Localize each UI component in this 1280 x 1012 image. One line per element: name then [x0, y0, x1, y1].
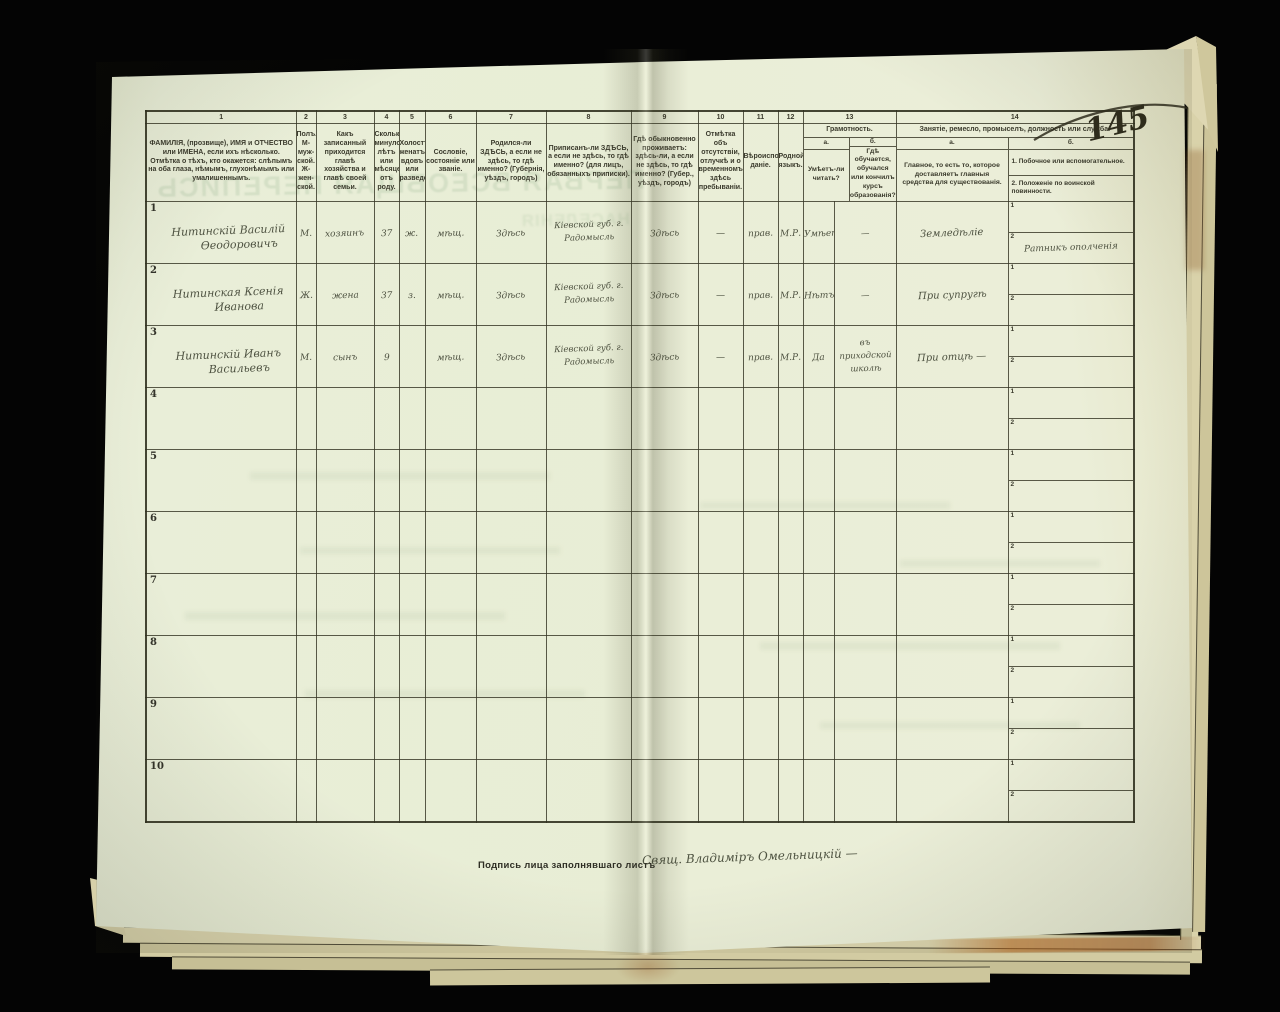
- handwriting-language: М.Р.: [780, 291, 801, 302]
- cell-age: [374, 573, 399, 635]
- person-row: 812: [146, 635, 1134, 697]
- cell-sex: [296, 573, 316, 635]
- rust-stain: [928, 937, 1206, 954]
- cell-absence: —: [698, 263, 743, 325]
- cell-school: [834, 449, 896, 511]
- cell-born: [476, 449, 546, 511]
- cell-born: [476, 573, 546, 635]
- header-language: Родной языкъ.: [778, 123, 803, 201]
- handwriting-occupation: При отцѣ —: [917, 351, 987, 364]
- occupation-a-letter: а.: [897, 138, 1008, 150]
- handwriting-age: 37: [381, 291, 393, 301]
- cell-marital: [399, 573, 425, 635]
- cell-age: [374, 449, 399, 511]
- cell-name: 8: [146, 635, 296, 697]
- side-occupation-sub-cell: 2: [1009, 480, 1134, 511]
- cell-absence: —: [698, 201, 743, 263]
- handwriting-occupation: При супругѣ: [918, 289, 987, 302]
- handwriting-sex: Ж.: [299, 291, 312, 301]
- cell-estate: мѣщ.: [425, 263, 476, 325]
- cell-reads: [803, 449, 834, 511]
- cell-occupation: [896, 573, 1008, 635]
- cell-religion: [743, 449, 778, 511]
- cell-estate: [425, 697, 476, 759]
- cell-side-occupation: 12Ратникъ ополченія: [1008, 201, 1134, 263]
- cell-religion: прав.: [743, 201, 778, 263]
- row-number: 9: [150, 699, 157, 710]
- cell-religion: [743, 697, 778, 759]
- cell-occupation: При супругѣ: [896, 263, 1008, 325]
- cell-name: 3Нитинскій ИванъВасильевъ: [146, 325, 296, 387]
- cell-relation: [316, 635, 374, 697]
- side-occupation-sub-cell: 2: [1009, 666, 1134, 697]
- sub-row-label: 1: [1011, 574, 1015, 581]
- cell-marital: [399, 759, 425, 822]
- cell-occupation: При отцѣ —: [896, 325, 1008, 387]
- cell-occupation: Земледѣліе: [896, 201, 1008, 263]
- person-row: 2Нитинская КсеніяИвановаЖ.жена37з.мѣщ.Зд…: [146, 263, 1134, 325]
- sub-row-label: 1: [1011, 636, 1015, 643]
- cell-absence: —: [698, 325, 743, 387]
- cell-registered: Кіевской губ. г. Радомысль: [546, 201, 631, 263]
- sub-row-label: 2: [1011, 667, 1015, 674]
- cell-reads: [803, 387, 834, 449]
- sub-row-label: 2: [1011, 481, 1015, 488]
- cell-relation: хозяинъ: [316, 201, 374, 263]
- cell-school: —: [834, 201, 896, 263]
- col-number: 2: [296, 111, 316, 123]
- row-number: 10: [150, 761, 164, 772]
- handwriting-born: Здѣсь: [496, 290, 526, 301]
- cell-marital: [399, 511, 425, 573]
- cell-registered: [546, 449, 631, 511]
- cell-registered: [546, 387, 631, 449]
- handwriting-resides: Здѣсь: [650, 290, 680, 301]
- cell-resides: [631, 635, 698, 697]
- cell-resides: [631, 759, 698, 822]
- cell-marital: [399, 635, 425, 697]
- cell-school: [834, 387, 896, 449]
- cell-marital: [399, 325, 425, 387]
- header-literacy-group: Грамотность. а. Умѣетъ-ли читать? б. Гдѣ…: [803, 123, 896, 201]
- cell-occupation: [896, 635, 1008, 697]
- cell-born: [476, 635, 546, 697]
- cell-relation: [316, 573, 374, 635]
- cell-age: [374, 387, 399, 449]
- col-number: 10: [698, 111, 743, 123]
- sub-row-label: 1: [1011, 388, 1015, 395]
- row-number: 7: [150, 575, 157, 586]
- side-occupation-sub-cell: 1: [1009, 388, 1134, 418]
- literacy-title: Грамотность.: [804, 124, 896, 138]
- header-sex: Полъ. М-муж-ской. Ж-жен-ской.: [296, 123, 316, 201]
- cell-absence: [698, 511, 743, 573]
- handwriting-absence: —: [716, 291, 725, 301]
- sub-row-label: 1: [1011, 512, 1015, 519]
- cell-language: М.Р.: [778, 263, 803, 325]
- person-row: 412: [146, 387, 1134, 449]
- handwriting-age: 9: [383, 353, 389, 363]
- sub-row-label: 2: [1011, 543, 1015, 550]
- handwriting-occupation: Земледѣліе: [920, 227, 984, 240]
- handwriting-resides: Здѣсь: [650, 228, 680, 239]
- person-row: 1012: [146, 759, 1134, 822]
- cell-religion: [743, 635, 778, 697]
- handwriting-reads: Да: [812, 353, 825, 363]
- census-table: 1 2 3 4 5 6 7 8 9 10 11 12 13 14 ФАМИЛІЯ…: [145, 110, 1135, 823]
- cell-school: [834, 759, 896, 822]
- cell-side-occupation: 12: [1008, 325, 1134, 387]
- cell-language: [778, 635, 803, 697]
- cell-age: [374, 511, 399, 573]
- cell-name: 2Нитинская КсеніяИванова: [146, 263, 296, 325]
- handwriting-sex: М.: [300, 229, 312, 239]
- cell-sex: М.: [296, 201, 316, 263]
- column-numbers-row: 1 2 3 4 5 6 7 8 9 10 11 12 13 14: [146, 111, 1134, 123]
- cell-registered: [546, 511, 631, 573]
- cell-born: [476, 697, 546, 759]
- cell-name: 9: [146, 697, 296, 759]
- handwriting-born: Здѣсь: [496, 228, 526, 239]
- handwriting-school: —: [861, 290, 870, 303]
- cell-relation: жена: [316, 263, 374, 325]
- literacy-b-letter: б.: [850, 138, 896, 147]
- cell-school: —: [834, 263, 896, 325]
- handwriting-registered: Кіевской губ. г. Радомысль: [546, 342, 631, 370]
- sub-row-label: 1: [1011, 760, 1015, 767]
- cell-side-occupation: 12: [1008, 759, 1134, 822]
- edge-stain: [1186, 150, 1204, 270]
- cell-reads: Да: [803, 325, 834, 387]
- cell-resides: [631, 511, 698, 573]
- cell-reads: [803, 573, 834, 635]
- fold-stain: [616, 950, 680, 984]
- header-age: Сколько минуло лѣтъ или мѣсяцевъ отъ род…: [374, 123, 399, 201]
- literacy-a-letter: а.: [804, 138, 850, 150]
- handwriting-age: 37: [381, 229, 393, 239]
- handwriting-sex: М.: [300, 353, 312, 363]
- person-row: 1Нитинскій ВасилійѲеодоровичъМ.хозяинъ37…: [146, 201, 1134, 263]
- cell-absence: [698, 697, 743, 759]
- handwriting-religion: прав.: [748, 229, 773, 240]
- col-number: 5: [399, 111, 425, 123]
- cell-language: [778, 759, 803, 822]
- cell-religion: [743, 573, 778, 635]
- cell-age: [374, 635, 399, 697]
- cell-marital: [399, 449, 425, 511]
- cell-occupation: [896, 387, 1008, 449]
- census-table-body: 1Нитинскій ВасилійѲеодоровичъМ.хозяинъ37…: [146, 201, 1134, 822]
- cell-name: 7: [146, 573, 296, 635]
- side-occupation-sub-cell: 1: [1009, 636, 1134, 666]
- cell-language: М.Р.: [778, 325, 803, 387]
- handwriting-estate: мѣщ.: [437, 229, 465, 240]
- cell-marital: ж.: [399, 201, 425, 263]
- handwriting-language: М.Р.: [780, 229, 801, 240]
- cell-school: [834, 511, 896, 573]
- cell-marital: [399, 387, 425, 449]
- cell-registered: [546, 759, 631, 822]
- cell-estate: [425, 387, 476, 449]
- handwriting-patronymic: Ѳеодоровичъ: [183, 236, 296, 253]
- cell-sex: [296, 387, 316, 449]
- cell-sex: [296, 511, 316, 573]
- handwriting-absence: —: [716, 353, 725, 363]
- cell-reads: Нѣтъ: [803, 263, 834, 325]
- sub-row-label: 2: [1011, 419, 1015, 426]
- cell-resides: [631, 387, 698, 449]
- handwriting-reads: Умѣетъ: [803, 228, 834, 239]
- cell-absence: [698, 449, 743, 511]
- cell-language: [778, 449, 803, 511]
- cell-relation: [316, 697, 374, 759]
- cell-name: 1Нитинскій ВасилійѲеодоровичъ: [146, 201, 296, 263]
- cell-estate: мѣщ.: [425, 325, 476, 387]
- header-occupation-main: Главное, то есть то, которое доставляетъ…: [897, 150, 1008, 201]
- cell-marital: з.: [399, 263, 425, 325]
- side-occupation-sub-cell: 2Ратникъ ополченія: [1009, 232, 1134, 263]
- sub-row-label: 2: [1011, 605, 1015, 612]
- handwriting-patronymic: Иванова: [183, 298, 296, 315]
- cell-relation: [316, 759, 374, 822]
- side-occupation-sub-cell: 2: [1009, 418, 1134, 449]
- col-number: 3: [316, 111, 374, 123]
- cell-age: [374, 759, 399, 822]
- sub-row-label: 1: [1011, 202, 1015, 209]
- header-marital: Холостъ, женатъ, вдовъ или разведенъ.: [399, 123, 425, 201]
- col-number: 4: [374, 111, 399, 123]
- cell-resides: Здѣсь: [631, 201, 698, 263]
- cell-estate: [425, 511, 476, 573]
- person-row: 512: [146, 449, 1134, 511]
- header-can-read: Умѣетъ-ли читать?: [804, 150, 850, 201]
- handwriting-relation: сынъ: [333, 353, 358, 364]
- cell-occupation: [896, 511, 1008, 573]
- cell-estate: [425, 759, 476, 822]
- cell-sex: Ж.: [296, 263, 316, 325]
- cell-name: 10: [146, 759, 296, 822]
- cell-registered: [546, 697, 631, 759]
- sub-row-label: 2: [1011, 791, 1015, 798]
- header-estate: Сословіе, состояніе или званіе.: [425, 123, 476, 201]
- side-occupation-sub-cell: 2: [1009, 604, 1134, 635]
- side-occupation-sub-cell: 1: [1009, 326, 1134, 356]
- cell-side-occupation: 12: [1008, 263, 1134, 325]
- person-row: 3Нитинскій ИванъВасильевъМ.сынъ9мѣщ.Здѣс…: [146, 325, 1134, 387]
- col-number: 6: [425, 111, 476, 123]
- side-occupation-sub-cell: 1: [1009, 202, 1134, 232]
- cell-occupation: [896, 449, 1008, 511]
- col-number: 12: [778, 111, 803, 123]
- cell-sex: [296, 449, 316, 511]
- column-headers-row: ФАМИЛІЯ, (прозвище), ИМЯ и ОТЧЕСТВО или …: [146, 123, 1134, 201]
- cell-registered: Кіевской губ. г. Радомысль: [546, 263, 631, 325]
- handwriting-relation: хозяинъ: [325, 228, 364, 239]
- handwriting-registered: Кіевской губ. г. Радомысль: [546, 218, 631, 246]
- cell-language: [778, 573, 803, 635]
- cell-occupation: [896, 697, 1008, 759]
- cell-resides: [631, 573, 698, 635]
- handwriting-resides: Здѣсь: [650, 352, 680, 363]
- cell-religion: [743, 759, 778, 822]
- side-occupation-sub-cell: 1: [1009, 698, 1134, 728]
- cell-name: 5: [146, 449, 296, 511]
- cell-side-occupation: 12: [1008, 387, 1134, 449]
- handwriting-patronymic: Васильевъ: [183, 360, 296, 377]
- cell-estate: [425, 449, 476, 511]
- handwriting-religion: прав.: [748, 353, 773, 364]
- cell-religion: [743, 511, 778, 573]
- side-occupation-sub-cell: 1: [1009, 450, 1134, 480]
- sub-row-label: 1: [1011, 264, 1015, 271]
- cell-relation: [316, 511, 374, 573]
- header-residence: Гдѣ обыкновенно проживаетъ: здѣсь-ли, а …: [631, 123, 698, 201]
- row-number: 4: [150, 389, 157, 400]
- cell-school: въ приходской школѣ: [834, 325, 896, 387]
- handwriting-religion: прав.: [748, 291, 773, 302]
- sub-row-label: 2: [1011, 357, 1015, 364]
- cell-religion: [743, 387, 778, 449]
- cell-born: Здѣсь: [476, 325, 546, 387]
- cell-age: 37: [374, 263, 399, 325]
- side-occupation-sub-cell: 1: [1009, 574, 1134, 604]
- handwriting-estate: мѣщ.: [437, 353, 465, 364]
- cell-age: 37: [374, 201, 399, 263]
- cell-reads: [803, 697, 834, 759]
- cell-absence: [698, 573, 743, 635]
- person-row: 912: [146, 697, 1134, 759]
- cell-occupation: [896, 759, 1008, 822]
- header-education: Гдѣ обучается, обучался или кончилъ курс…: [850, 147, 896, 201]
- cell-born: Здѣсь: [476, 201, 546, 263]
- cell-religion: прав.: [743, 263, 778, 325]
- cell-estate: [425, 635, 476, 697]
- cell-registered: [546, 573, 631, 635]
- cell-absence: [698, 635, 743, 697]
- handwriting-school: —: [861, 228, 870, 241]
- row-number: 5: [150, 451, 157, 462]
- side-occupation-sub-cell: 1: [1009, 760, 1134, 790]
- cell-language: [778, 697, 803, 759]
- cell-reads: [803, 511, 834, 573]
- row-number: 8: [150, 637, 157, 648]
- col-number: 7: [476, 111, 546, 123]
- side-occupation-sub-cell: 2: [1009, 542, 1134, 573]
- cell-side-occupation: 12: [1008, 697, 1134, 759]
- cell-reads: [803, 635, 834, 697]
- header-relation: Какъ записанный приходится главѣ хозяйст…: [316, 123, 374, 201]
- sub-row-label: 1: [1011, 326, 1015, 333]
- cell-resides: [631, 697, 698, 759]
- cell-school: [834, 697, 896, 759]
- cell-born: [476, 511, 546, 573]
- cell-name: 4: [146, 387, 296, 449]
- cell-relation: сынъ: [316, 325, 374, 387]
- handwriting-school: въ приходской школѣ: [834, 336, 896, 376]
- handwriting-relation: жена: [331, 291, 358, 302]
- side-occupation-sub-cell: 2: [1009, 356, 1134, 387]
- cell-born: Здѣсь: [476, 263, 546, 325]
- cell-sex: [296, 697, 316, 759]
- handwriting-registered: Кіевской губ. г. Радомысль: [546, 280, 631, 308]
- person-row: 612: [146, 511, 1134, 573]
- cell-school: [834, 635, 896, 697]
- sub-row-label: 1: [1011, 450, 1015, 457]
- handwriting-absence: —: [716, 229, 725, 239]
- cell-side-occupation: 12: [1008, 449, 1134, 511]
- side-occupation-sub-cell: 1: [1009, 264, 1134, 294]
- cell-side-occupation: 12: [1008, 511, 1134, 573]
- header-military-status: 2. Положеніе по воинской повинности.: [1009, 175, 1134, 201]
- cell-absence: [698, 387, 743, 449]
- handwriting-marital: з.: [408, 291, 416, 301]
- cell-born: [476, 387, 546, 449]
- sub-row-label: 1: [1011, 698, 1015, 705]
- side-occupation-sub-cell: 2: [1009, 728, 1134, 759]
- handwriting-reads: Нѣтъ: [803, 290, 834, 301]
- cell-resides: Здѣсь: [631, 325, 698, 387]
- cell-religion: прав.: [743, 325, 778, 387]
- cell-registered: [546, 635, 631, 697]
- cell-relation: [316, 387, 374, 449]
- signature-label: Подпись лица заполнявшаго листъ: [478, 860, 655, 871]
- cell-born: [476, 759, 546, 822]
- cell-age: 9: [374, 325, 399, 387]
- sub-row-label: 2: [1011, 233, 1015, 240]
- cell-language: [778, 387, 803, 449]
- sub-row-label: 2: [1011, 295, 1015, 302]
- side-occupation-sub-cell: 1: [1009, 512, 1134, 542]
- handwriting-marital: ж.: [405, 229, 418, 239]
- cell-sex: [296, 635, 316, 697]
- cell-side-occupation: 12: [1008, 635, 1134, 697]
- col-number: 11: [743, 111, 778, 123]
- row-number: 3: [150, 327, 157, 338]
- cell-side-occupation: 12: [1008, 573, 1134, 635]
- cell-reads: Умѣетъ: [803, 201, 834, 263]
- cell-language: М.Р.: [778, 201, 803, 263]
- sub-row-label: 2: [1011, 729, 1015, 736]
- header-name: ФАМИЛІЯ, (прозвище), ИМЯ и ОТЧЕСТВО или …: [146, 123, 296, 201]
- cell-reads: [803, 759, 834, 822]
- cell-age: [374, 697, 399, 759]
- cell-resides: Здѣсь: [631, 263, 698, 325]
- header-religion: Вѣроисповѣ-даніе.: [743, 123, 778, 201]
- cell-absence: [698, 759, 743, 822]
- col-number: 1: [146, 111, 296, 123]
- cell-language: [778, 511, 803, 573]
- page-stack-edge: [430, 967, 990, 986]
- col-number: 8: [546, 111, 631, 123]
- handwriting-estate: мѣщ.: [437, 291, 465, 302]
- cell-sex: [296, 759, 316, 822]
- person-row: 712: [146, 573, 1134, 635]
- cell-relation: [316, 449, 374, 511]
- row-number: 6: [150, 513, 157, 524]
- col-number: 13: [803, 111, 896, 123]
- handwriting-military-status: Ратникъ ополченія: [1024, 241, 1118, 254]
- cell-sex: М.: [296, 325, 316, 387]
- side-occupation-sub-cell: 2: [1009, 294, 1134, 325]
- row-number: 2: [150, 265, 157, 276]
- cell-school: [834, 573, 896, 635]
- header-birthplace: Родился-ли ЗДѢСЬ, а если не здѣсь, то гд…: [476, 123, 546, 201]
- handwriting-born: Здѣсь: [496, 352, 526, 363]
- cell-estate: мѣщ.: [425, 201, 476, 263]
- col-number: 9: [631, 111, 698, 123]
- header-absence: Отмѣтка объ отсутствіи, отлучкѣ и о врем…: [698, 123, 743, 201]
- cell-marital: [399, 697, 425, 759]
